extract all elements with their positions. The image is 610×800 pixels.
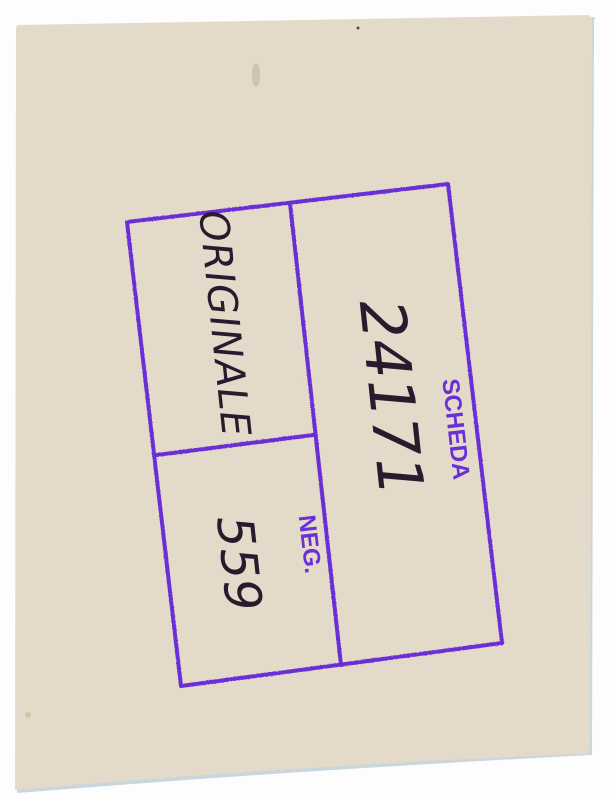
paper-blemish	[357, 27, 360, 30]
neg-number: 559	[205, 513, 273, 614]
scanned-card: SCHEDA NEG. 24171 559 ORIGINALE	[0, 0, 610, 800]
paper-smudge	[252, 63, 260, 87]
paper-blemish	[25, 712, 31, 718]
paper-texture	[15, 15, 592, 790]
